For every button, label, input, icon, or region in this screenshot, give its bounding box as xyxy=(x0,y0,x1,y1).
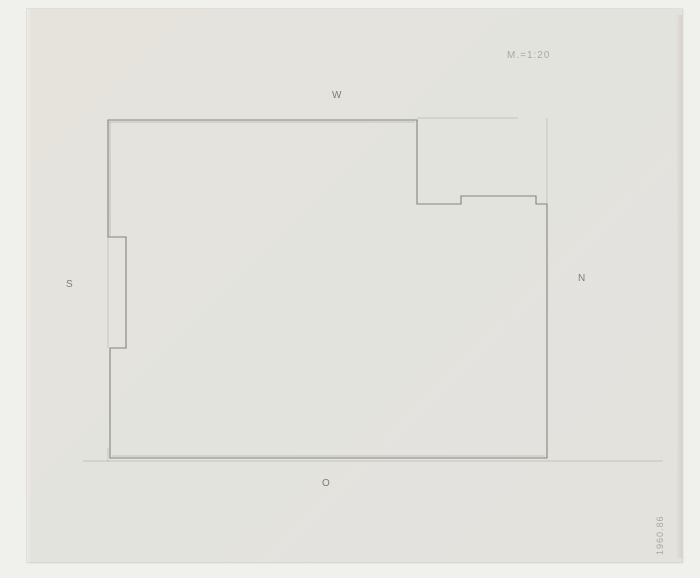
floor-plan-drawing xyxy=(0,0,700,578)
image-viewport: M.=1:20 W S N O 1960.86 xyxy=(0,0,700,578)
floor-plan-outline xyxy=(108,120,547,458)
compass-label-north: N xyxy=(578,274,586,284)
guide-lines xyxy=(83,118,663,462)
compass-label-west: W xyxy=(332,91,342,101)
compass-label-east: O xyxy=(322,479,330,489)
scale-note: M.=1:20 xyxy=(507,51,550,61)
inventory-number: 1960.86 xyxy=(655,500,669,555)
compass-label-south: S xyxy=(66,280,73,290)
retrace-lines xyxy=(108,122,545,456)
